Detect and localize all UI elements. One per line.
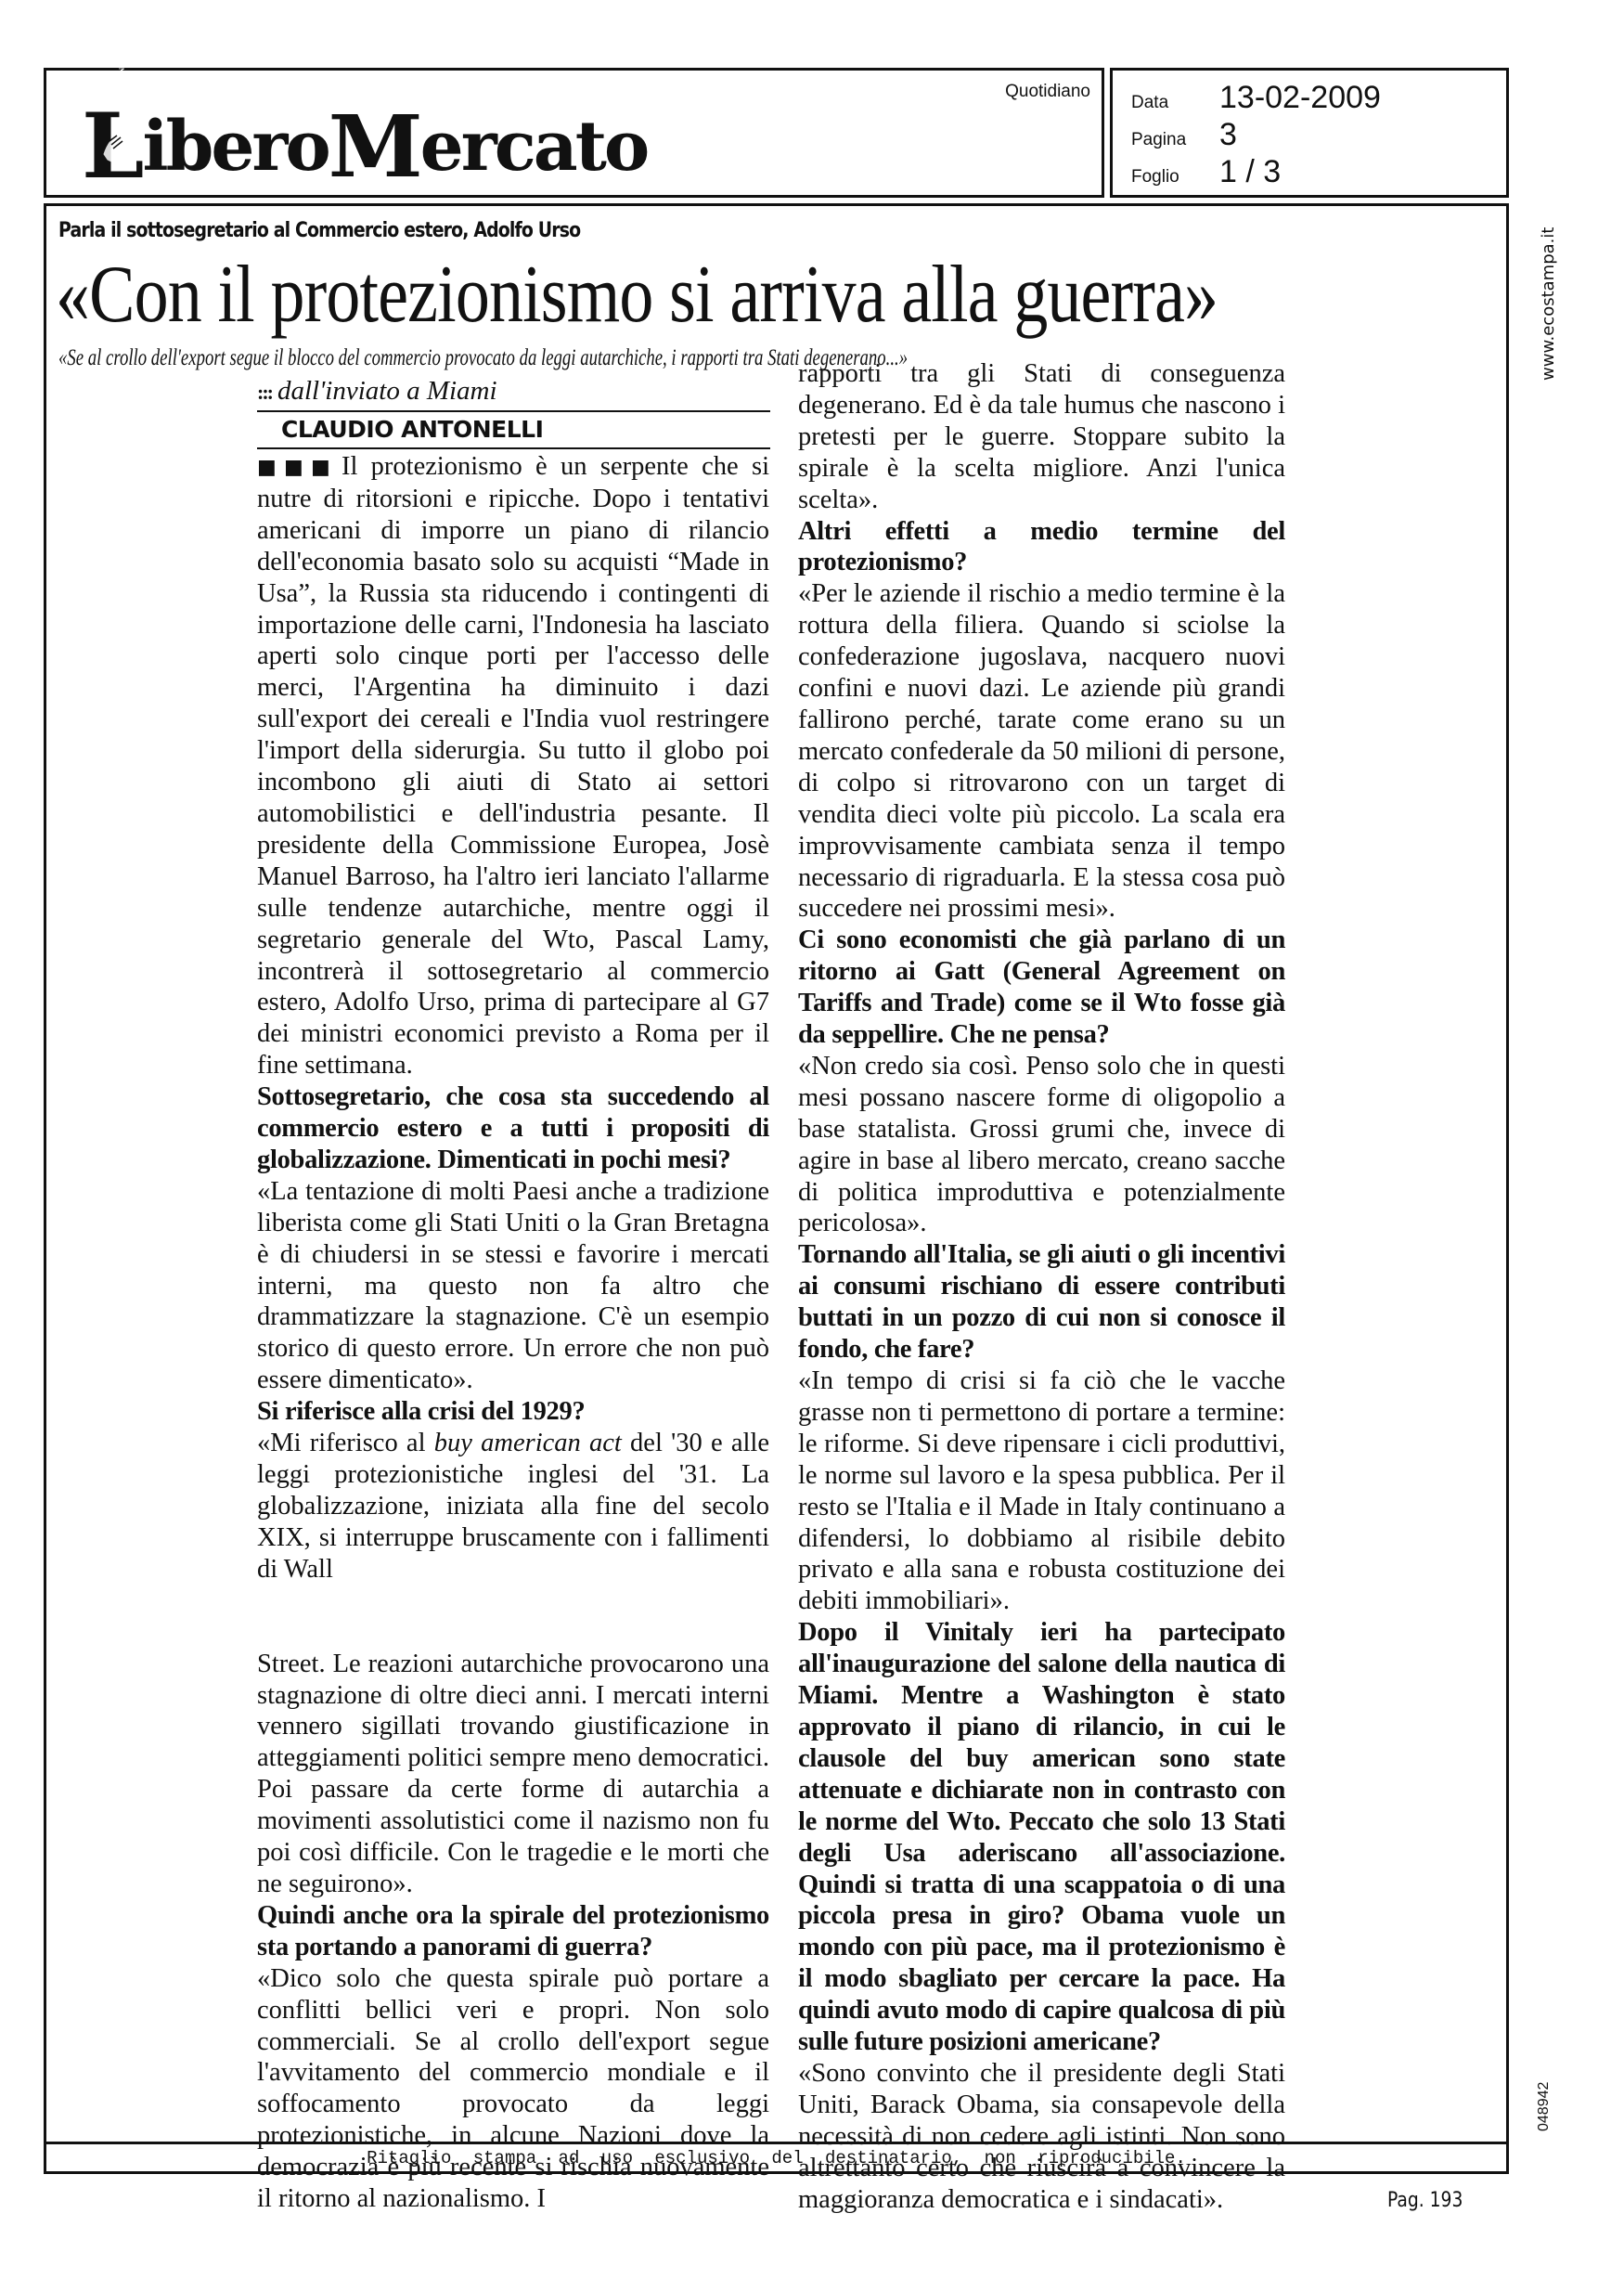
publication-type: Quotidiano (1005, 82, 1090, 102)
interview-question: Quindi anche ora la spirale del protezio… (257, 1900, 769, 1963)
page-number: Pag. 193 (1387, 2189, 1463, 2212)
page-value: 3 (1219, 117, 1237, 153)
author-name: CLAUDIO ANTONELLI (257, 412, 770, 449)
footer-notice: Ritaglio stampa ad uso esclusivo del des… (367, 2148, 1186, 2168)
emphasis-buy-american-act: buy american act (434, 1429, 622, 1457)
interview-question: Altri effetti a medio termine del protez… (798, 516, 1285, 579)
interview-question: Tornando all'Italia, se gli aiuti o gli … (798, 1239, 1285, 1366)
masthead: L QUOTIDIANO ibero M ercato Quotidiano (44, 68, 1104, 198)
date-value: 13-02-2009 (1219, 80, 1381, 116)
side-url-text: www.ecostampa.it (1539, 227, 1558, 381)
meta-row-date: Data 13-02-2009 (1131, 80, 1381, 116)
article-headline: «Con il protezionismo si arriva alla gue… (56, 251, 1218, 340)
logo-text-libero: ibero (143, 110, 329, 184)
interview-answer: «Sono convinto che il presidente degli S… (798, 2058, 1285, 2216)
interview-answer: «Mi riferisco al buy american act del '3… (257, 1428, 769, 1586)
interview-question: Sottosegretario, che cosa sta succedendo… (257, 1081, 769, 1176)
page-label: Pagina (1131, 130, 1219, 150)
side-code-text: 048942 (1536, 2082, 1553, 2131)
dateline: :::dall'inviato a Miami (257, 373, 770, 412)
interview-question: Si riferisce alla crisi del 1929? (257, 1396, 769, 1428)
article-column-right: rapporti tra gli Stati di conseguenza de… (798, 358, 1285, 2215)
interview-question: Ci sono economisti che già parlano di un… (798, 925, 1285, 1051)
footer-notice-bar: Ritaglio stampa ad uso esclusivo del des… (46, 2142, 1506, 2171)
sheet-label: Foglio (1131, 167, 1219, 188)
interview-answer: «La tentazione di molti Paesi anche a tr… (257, 1176, 769, 1396)
interview-answer: «Dico solo che questa spirale può portar… (257, 1963, 769, 2215)
logo-small-label: QUOTIDIANO (85, 61, 160, 115)
interview-question: Dopo il Vinitaly ieri ha partecipato all… (798, 1617, 1285, 2058)
byline: :::dall'inviato a Miami CLAUDIO ANTONELL… (257, 373, 770, 449)
metadata-box: Data 13-02-2009 Pagina 3 Foglio 1 / 3 (1110, 68, 1509, 198)
date-label: Data (1131, 93, 1219, 113)
pegasus-icon (100, 126, 134, 163)
dateline-marker: ::: (257, 381, 272, 404)
lead-paragraph: ■■■Il protezionismo è un serpente che si… (257, 451, 769, 1081)
logo-text-m: M (329, 110, 420, 184)
article-clipping: Parla il sottosegretario al Commercio es… (44, 203, 1509, 2174)
interview-answer: rapporti tra gli Stati di conseguenza de… (798, 358, 1285, 516)
article-kicker: Parla il sottosegretario al Commercio es… (58, 219, 580, 242)
interview-answer: «In tempo di crisi si fa ciò che le vacc… (798, 1366, 1285, 1617)
lead-marker-icon: ■■■ (257, 456, 338, 479)
article-subheadline: «Se al crollo dell'export segue il blocc… (58, 345, 908, 371)
interview-answer: Street. Le reazioni autarchiche provocar… (257, 1649, 769, 1900)
logo-initial: L QUOTIDIANO (82, 110, 143, 184)
interview-answer: «Non credo sia così. Penso solo che in q… (798, 1051, 1285, 1239)
meta-row-sheet: Foglio 1 / 3 (1131, 154, 1281, 190)
article-column-left: ■■■Il protezionismo è un serpente che si… (257, 451, 769, 2215)
logo-text-mercato: ercato (420, 110, 648, 184)
meta-row-page: Pagina 3 (1131, 117, 1237, 153)
sheet-value: 1 / 3 (1219, 154, 1281, 190)
dateline-text: dall'inviato a Miami (277, 376, 497, 406)
column-gap (257, 1586, 769, 1649)
newspaper-logo: L QUOTIDIANO ibero M ercato (82, 100, 647, 184)
interview-answer: «Per le aziende il rischio a medio termi… (798, 578, 1285, 925)
